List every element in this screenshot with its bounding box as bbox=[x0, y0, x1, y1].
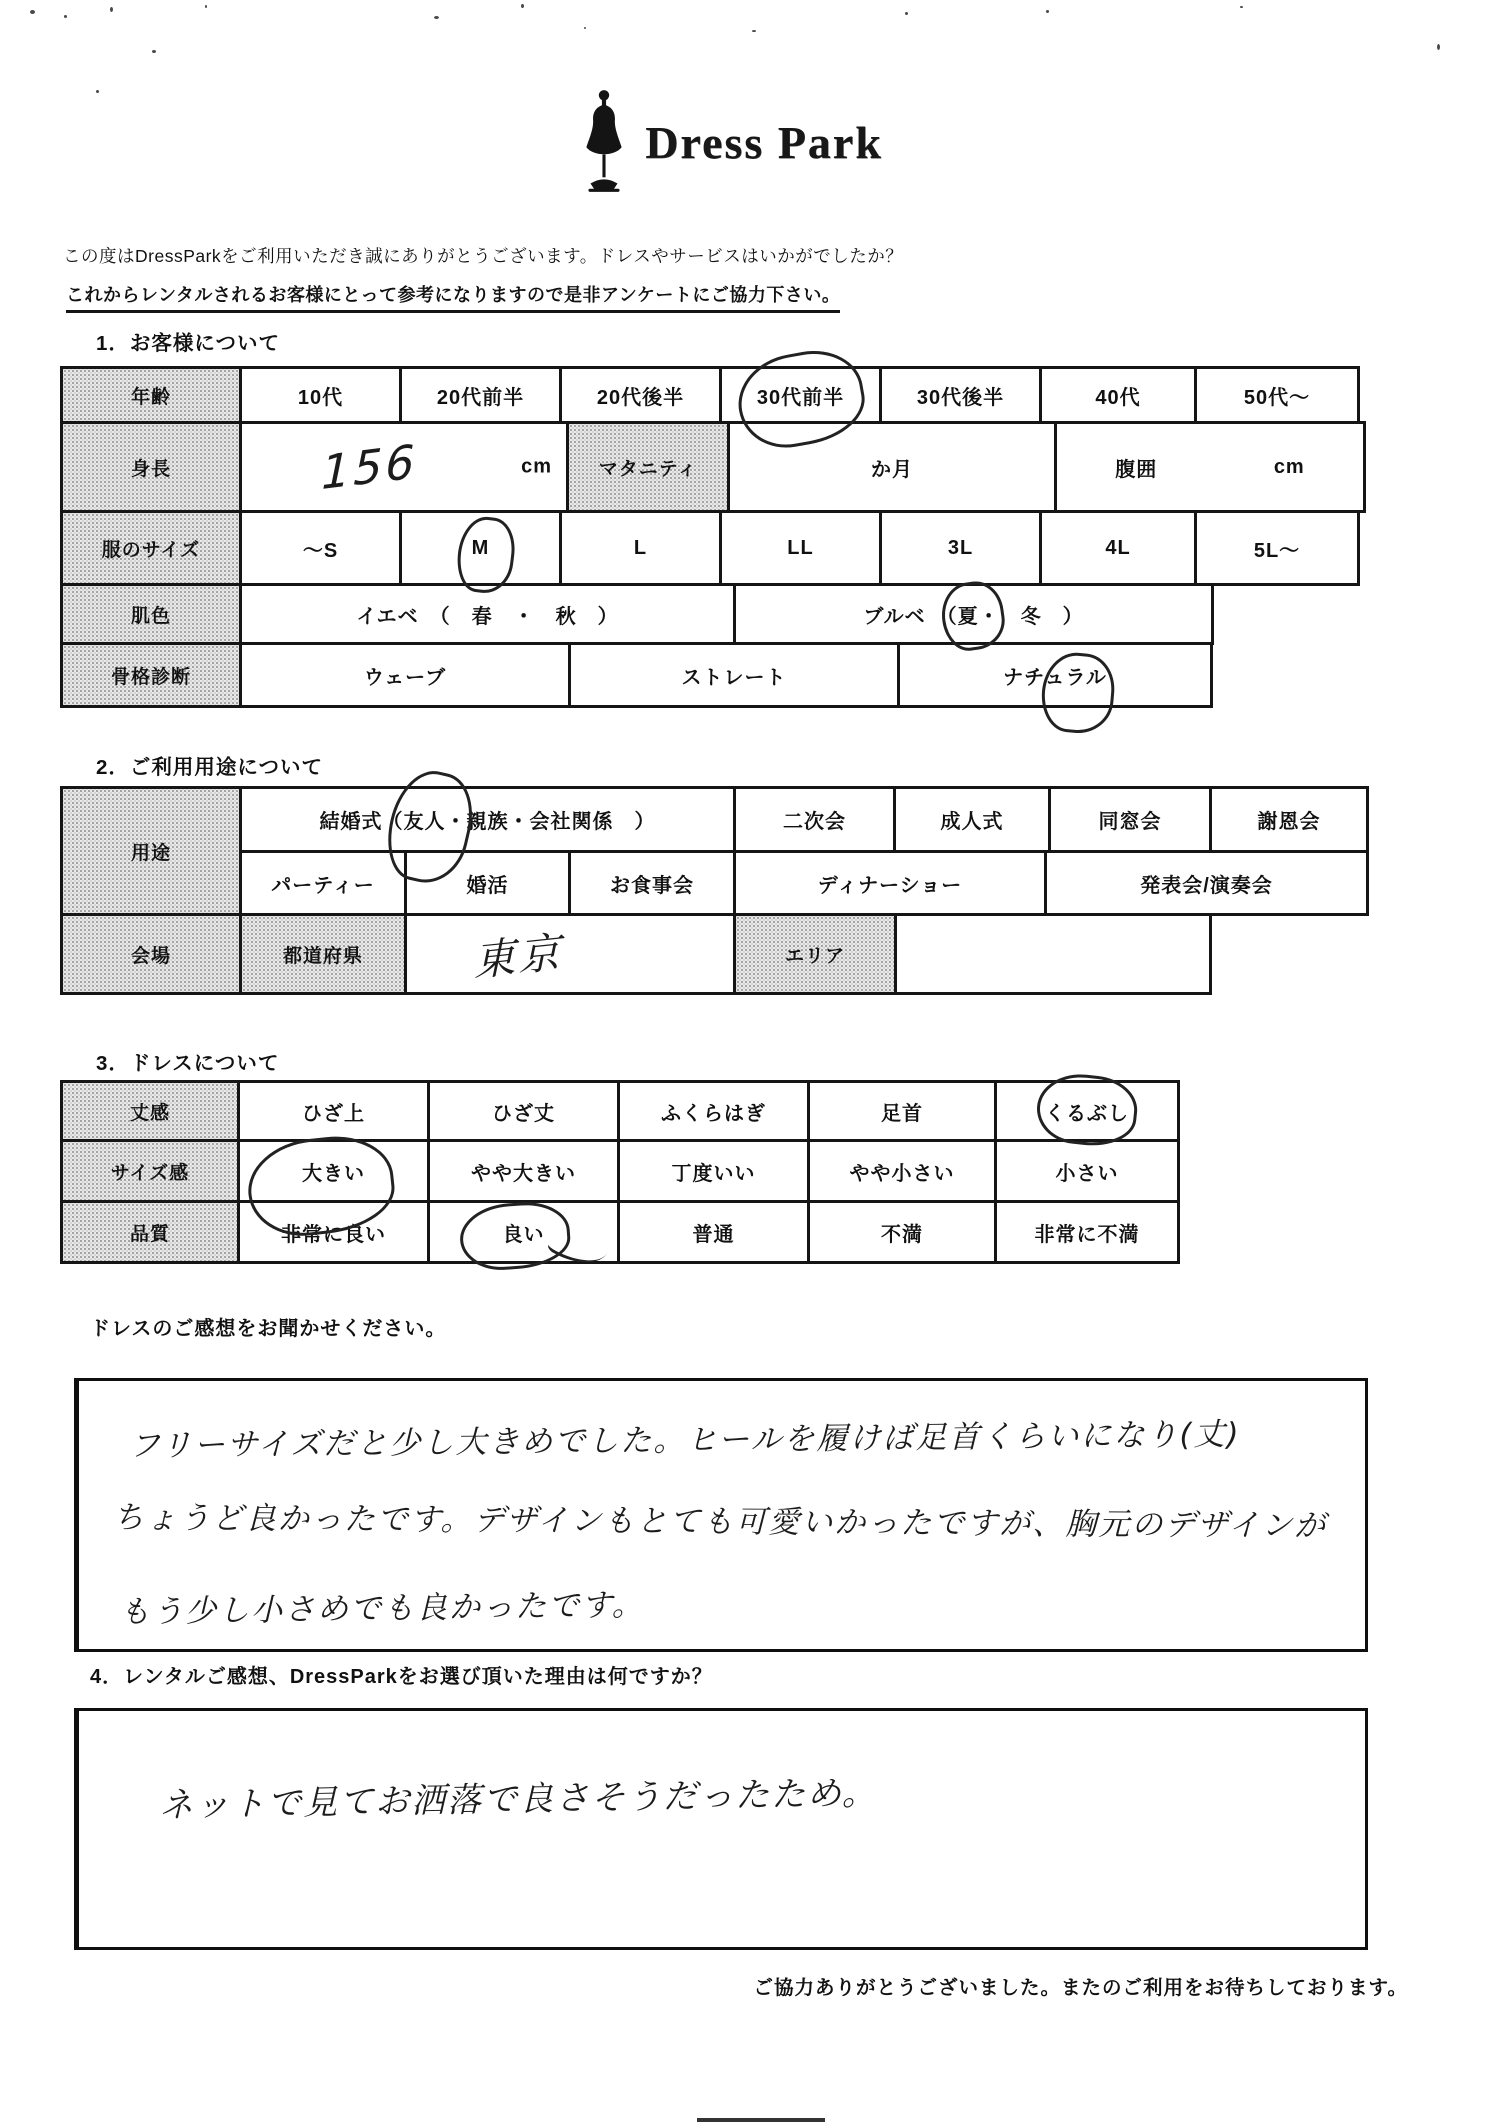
purpose-option: お食事会 bbox=[568, 850, 736, 916]
skin-option-yellow: イエベ （ 春 ・ 秋 ） bbox=[239, 583, 736, 645]
prefecture-handwritten-value: 東京 bbox=[472, 919, 564, 989]
height-unit: cm bbox=[521, 456, 552, 479]
purpose-row-1: 結婚式（ 友人 ・親族・会社関係 ） 二次会 成人式 同窓会 謝恩会 bbox=[239, 786, 1369, 853]
height-row-header: 身長 bbox=[60, 421, 242, 513]
length-option-selected: くるぶし bbox=[994, 1080, 1180, 1142]
purpose-option: パーティー bbox=[239, 850, 407, 916]
skin-blue-suffix: ・ 冬 ） bbox=[979, 600, 1084, 629]
fit-option-selected: 大きい bbox=[237, 1139, 430, 1203]
area-header: エリア bbox=[733, 913, 897, 995]
frame-option: ストレート bbox=[568, 642, 900, 708]
size-option: 4L bbox=[1039, 510, 1197, 586]
age-row-header: 年齢 bbox=[60, 366, 242, 424]
age-option: 10代 bbox=[239, 366, 402, 424]
quality-option: 非常に良い bbox=[237, 1200, 430, 1264]
size-option: L bbox=[559, 510, 722, 586]
intro-emphasis-text: これからレンタルされるお客様にとって参考になりますので是非アンケートにご協力下さ… bbox=[66, 281, 840, 313]
skin-row-header: 肌色 bbox=[60, 583, 242, 645]
scan-speck bbox=[64, 15, 67, 18]
length-option: ひざ丈 bbox=[427, 1080, 620, 1142]
section4-title: 4．レンタルご感想、DressParkをお選び頂いた理由は何ですか？ bbox=[90, 1660, 713, 1689]
age-row: 年齢 10代 20代前半 20代後半 30代前半 30代後半 40代 50代～ bbox=[60, 366, 1366, 424]
maternity-header: マタニティ bbox=[566, 421, 730, 513]
wedding-selected-wrap: 友人 bbox=[404, 805, 446, 834]
prefecture-value-cell: 東京 bbox=[404, 913, 736, 995]
area-value-cell bbox=[894, 913, 1212, 995]
purpose-header: 用途 bbox=[60, 786, 242, 916]
reason-box: ネットで見てお洒落で良さそうだったため。 bbox=[74, 1708, 1368, 1950]
customer-table: 年齢 10代 20代前半 20代後半 30代前半 30代後半 40代 50代～ … bbox=[60, 366, 1366, 708]
length-option: ふくらはぎ bbox=[617, 1080, 810, 1142]
circle-mark-tail bbox=[546, 1222, 610, 1276]
dress-form-icon bbox=[577, 88, 631, 196]
fit-option-label: 大きい bbox=[302, 1157, 365, 1186]
scan-speck bbox=[30, 10, 35, 14]
section2-title: 2．ご利用用途について bbox=[96, 750, 323, 780]
frame-option-label: ナチュラル bbox=[1003, 661, 1107, 690]
length-row-header: 丈感 bbox=[60, 1080, 240, 1142]
scan-speck bbox=[1437, 44, 1440, 50]
footer-thanks-text: ご協力ありがとうございました。またのご利用をお待ちしております。 bbox=[0, 1972, 1408, 2000]
quality-option-label: 良い bbox=[503, 1218, 545, 1247]
fit-option: 丁度いい bbox=[617, 1139, 810, 1203]
age-option: 30代後半 bbox=[879, 366, 1042, 424]
scan-speck bbox=[1240, 6, 1243, 8]
size-option: 5L～ bbox=[1194, 510, 1360, 586]
dresspark-logo: Dress Park bbox=[0, 88, 1460, 196]
skin-tone-row: 肌色 イエベ （ 春 ・ 秋 ） ブルベ （ 夏 ・ 冬 ） bbox=[60, 583, 1366, 645]
size-row-header: 服のサイズ bbox=[60, 510, 242, 586]
length-option: 足首 bbox=[807, 1080, 997, 1142]
skin-blue-selected-wrap: 夏 bbox=[958, 600, 979, 629]
venue-header: 会場 bbox=[60, 913, 242, 995]
purpose-option: 成人式 bbox=[893, 786, 1051, 853]
size-option: 3L bbox=[879, 510, 1042, 586]
purpose-option: 発表会/演奏会 bbox=[1044, 850, 1369, 916]
length-row: 丈感 ひざ上 ひざ丈 ふくらはぎ 足首 くるぶし bbox=[60, 1080, 1180, 1142]
skin-blue-selected: 夏 bbox=[958, 606, 979, 628]
frame-row: 骨格診断 ウェーブ ストレート ナチュラル bbox=[60, 642, 1366, 708]
handwritten-line: ネットで見てお洒落で良さそうだったため。 bbox=[102, 1740, 1341, 1844]
purpose-option: 婚活 bbox=[404, 850, 571, 916]
height-row: 身長 156 cm マタニティ か月 腹囲 cm bbox=[60, 421, 1366, 513]
venue-row: 会場 都道府県 東京 エリア bbox=[60, 913, 1369, 995]
waist-cell: 腹囲 cm bbox=[1054, 421, 1366, 513]
scan-speck bbox=[752, 30, 756, 32]
fit-option: やや大きい bbox=[427, 1139, 620, 1203]
scan-speck bbox=[584, 27, 586, 29]
questionnaire-scan-page: Dress Park この度はDressParkをご利用いただき誠にありがとうご… bbox=[0, 0, 1500, 2127]
wedding-suffix: ・親族・会社関係 ） bbox=[446, 805, 656, 834]
size-option: ～S bbox=[239, 510, 402, 586]
quality-row-header: 品質 bbox=[60, 1200, 240, 1264]
quality-option: 普通 bbox=[617, 1200, 810, 1264]
age-option-selected: 30代前半 bbox=[719, 366, 882, 424]
purpose-option: 同窓会 bbox=[1048, 786, 1212, 853]
purpose-wedding: 結婚式（ 友人 ・親族・会社関係 ） bbox=[239, 786, 736, 853]
dress-feedback-box: フリーサイズだと少し大きめでした。ヒールを履けば足首くらいになり(丈) ちょうど… bbox=[74, 1378, 1368, 1652]
skin-option-blue: ブルベ （ 夏 ・ 冬 ） bbox=[733, 583, 1214, 645]
height-handwritten-value: 156 bbox=[320, 434, 417, 500]
fit-row: サイズ感 大きい やや大きい 丁度いい やや小さい 小さい bbox=[60, 1139, 1180, 1203]
wedding-prefix: 結婚式（ bbox=[320, 805, 404, 834]
size-option-label: M bbox=[472, 537, 490, 560]
logo-text: Dress Park bbox=[645, 116, 883, 169]
age-option: 50代～ bbox=[1194, 366, 1360, 424]
handwritten-line: ちょうど良かったです。デザインもとても可愛いかったですが、胸元のデザインが bbox=[103, 1473, 1342, 1564]
quality-option: 不満 bbox=[807, 1200, 997, 1264]
quality-option: 非常に不満 bbox=[994, 1200, 1180, 1264]
purpose-option: 二次会 bbox=[733, 786, 896, 853]
section1-title: 1．お客様について bbox=[96, 326, 280, 356]
purpose-rows: 用途 結婚式（ 友人 ・親族・会社関係 ） 二次会 成人式 同窓会 謝恩会 bbox=[60, 786, 1369, 916]
usage-table: 用途 結婚式（ 友人 ・親族・会社関係 ） 二次会 成人式 同窓会 謝恩会 bbox=[60, 786, 1369, 995]
scan-speck bbox=[1046, 10, 1049, 13]
frame-option: ウェーブ bbox=[239, 642, 571, 708]
size-option: LL bbox=[719, 510, 882, 586]
handwritten-line: フリーサイズだと少し大きめでした。ヒールを履けば足首くらいになり(丈) bbox=[103, 1389, 1342, 1484]
scan-speck bbox=[152, 50, 156, 53]
age-option-label: 30代前半 bbox=[757, 381, 844, 410]
quality-option-selected: 良い bbox=[427, 1200, 620, 1264]
age-option: 20代前半 bbox=[399, 366, 562, 424]
height-value-cell: 156 cm bbox=[239, 421, 569, 513]
scan-bottom-mark bbox=[697, 2118, 825, 2122]
quality-row: 品質 非常に良い 良い 普通 不満 非常に不満 bbox=[60, 1200, 1180, 1264]
clothing-size-row: 服のサイズ ～S M L LL 3L 4L 5L～ bbox=[60, 510, 1366, 586]
prefecture-header: 都道府県 bbox=[239, 913, 407, 995]
frame-option-selected: ナチュラル bbox=[897, 642, 1213, 708]
purpose-option: 謝恩会 bbox=[1209, 786, 1369, 853]
wedding-selected: 友人 bbox=[404, 811, 446, 833]
fit-option: 小さい bbox=[994, 1139, 1180, 1203]
fit-option: やや小さい bbox=[807, 1139, 997, 1203]
maternity-months-cell: か月 bbox=[727, 421, 1057, 513]
scan-speck bbox=[110, 7, 113, 12]
scan-speck bbox=[521, 4, 524, 8]
fit-row-header: サイズ感 bbox=[60, 1139, 240, 1203]
dress-table: 丈感 ひざ上 ひざ丈 ふくらはぎ 足首 くるぶし サイズ感 大きい やや大きい … bbox=[60, 1080, 1180, 1264]
scan-speck bbox=[905, 12, 908, 15]
intro-text: この度はDressParkをご利用いただき誠にありがとうございます。ドレスやサー… bbox=[63, 243, 903, 268]
length-option-label: くるぶし bbox=[1045, 1097, 1129, 1126]
purpose-row-2: パーティー 婚活 お食事会 ディナーショー 発表会/演奏会 bbox=[239, 850, 1369, 916]
size-option-selected: M bbox=[399, 510, 562, 586]
purpose-option: ディナーショー bbox=[733, 850, 1047, 916]
length-option: ひざ上 bbox=[237, 1080, 430, 1142]
age-option: 40代 bbox=[1039, 366, 1197, 424]
dress-feedback-label: ドレスのご感想をお聞かせください。 bbox=[90, 1312, 446, 1341]
scan-speck bbox=[434, 16, 439, 19]
skin-blue-prefix: ブルベ （ bbox=[863, 600, 957, 629]
age-option: 20代後半 bbox=[559, 366, 722, 424]
section3-title: 3．ドレスについて bbox=[96, 1046, 279, 1076]
scan-speck bbox=[205, 5, 207, 8]
frame-row-header: 骨格診断 bbox=[60, 642, 242, 708]
waist-unit: cm bbox=[1274, 456, 1305, 479]
handwritten-line: もう少し小さめでも良かったです。 bbox=[102, 1550, 1341, 1649]
waist-label: 腹囲 bbox=[1115, 453, 1157, 482]
